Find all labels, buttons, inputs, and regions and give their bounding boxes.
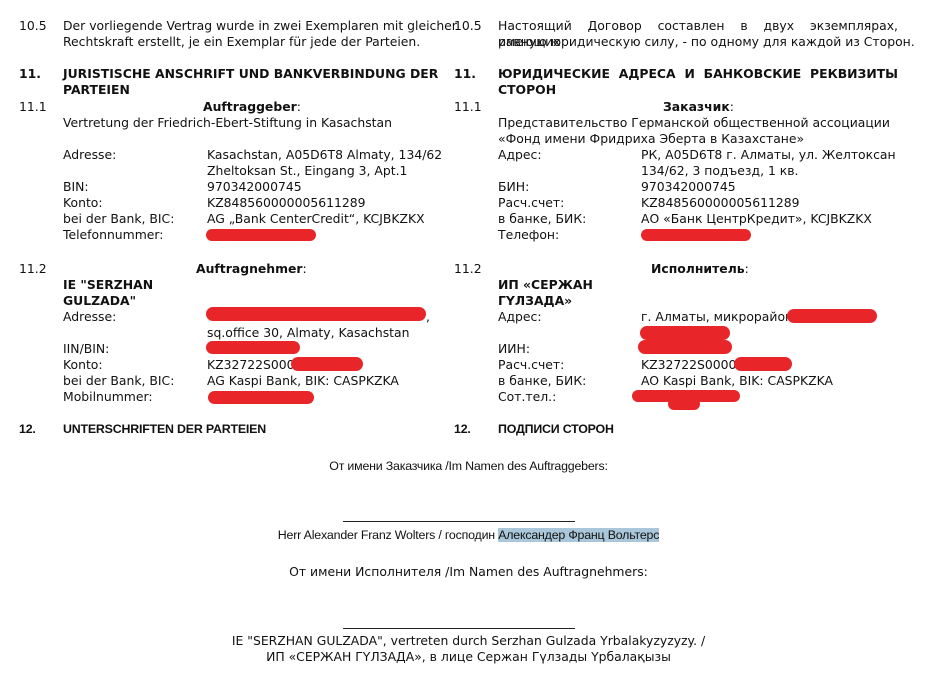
de-contractor-iin-redaction	[206, 341, 300, 354]
de-clause-10-5-line1: Der vorliegende Vertrag wurde in zwei Ex…	[63, 18, 457, 34]
client-signature-line	[343, 521, 575, 522]
ru-section-12-title: ПОДПИСИ СТОРОН	[498, 421, 614, 437]
de-client-phone-label: Telefonnummer:	[63, 227, 163, 243]
de-clause-10-5-number: 10.5	[19, 18, 47, 34]
ru-section-12-number: 12.	[454, 421, 471, 437]
de-client-account-label: Konto:	[63, 195, 103, 211]
de-client-role-heading: Auftraggeber:	[203, 99, 301, 115]
ru-client-account-label: Расч.счет:	[498, 195, 564, 211]
de-client-account-value: KZ848560000005611289	[207, 195, 366, 211]
text: От имени Заказчика /Im Namen des Auftrag…	[329, 459, 607, 473]
de-client-org: Vertretung der Friedrich-Ebert-Stiftung …	[63, 115, 392, 131]
de-client-address-label: Adresse:	[63, 147, 116, 163]
de-clause-11-1-number: 11.1	[19, 99, 47, 115]
ru-client-bin-label: БИН:	[498, 179, 529, 195]
de-client-address-line2: Zheltoksan St., Eingang 3, Apt.1	[207, 163, 407, 179]
ru-contractor-iin-label: ИИН:	[498, 341, 530, 357]
ru-client-org-line2: «Фонд имени Фридриха Эберта в Казахстане…	[498, 131, 804, 147]
ru-contractor-phone-redaction-drip	[668, 398, 700, 410]
ru-contractor-org-line1: ИП «СЕРЖАН	[498, 277, 593, 293]
ru-client-address-line1: РК, A05D6T8 г. Алматы, ул. Желтоксан	[641, 147, 896, 163]
de-contractor-org-line1: IE "SERZHAN	[63, 277, 153, 293]
ru-client-phone-redaction	[641, 229, 751, 241]
ru-client-org-line1: Представительство Германской общественно…	[498, 115, 890, 131]
ru-client-bank-label: в банке, БИК:	[498, 211, 586, 227]
colon: :	[303, 261, 307, 276]
selected-text-highlight[interactable]: Александер Франц Вольтерс	[498, 528, 659, 542]
de-contractor-address-label: Adresse:	[63, 309, 116, 325]
de-client-role: Auftraggeber	[203, 99, 297, 114]
colon: :	[745, 261, 749, 276]
text: IE "SERZHAN GULZADA", vertreten durch Se…	[232, 633, 705, 648]
ru-contractor-account-redaction	[734, 357, 792, 371]
de-contractor-bank-label: bei der Bank, BIC:	[63, 373, 174, 389]
colon: :	[730, 99, 734, 114]
de-section-11-number: 11.	[19, 66, 41, 82]
name-plain: Herr Alexander Franz Wolters / господин	[278, 528, 498, 542]
ru-contractor-bank-label: в банке, БИК:	[498, 373, 586, 389]
ru-client-address-line2: 134/62, 3 подъезд, 1 кв.	[641, 163, 799, 179]
de-section-12-title: UNTERSCHRIFTEN DER PARTEIEN	[63, 421, 266, 437]
ru-section-11-title-line2: СТОРОН	[498, 82, 556, 98]
de-contractor-org-line2: GULZADA"	[63, 293, 136, 309]
de-contractor-account-redaction	[291, 357, 363, 371]
de-client-bank-label: bei der Bank, BIC:	[63, 211, 174, 227]
de-contractor-phone-label: Mobilnummer:	[63, 389, 153, 405]
ru-clause-11-2-number: 11.2	[454, 261, 482, 277]
ru-contractor-bank-value: AO Kaspi Bank, BIK: CASPKZKA	[641, 373, 833, 389]
de-contractor-address-line2: sq.office 30, Almaty, Kasachstan	[207, 325, 409, 341]
contractor-signatory-line2: ИП «СЕРЖАН ГҮЛЗАДА», в лице Сержан Гүлза…	[0, 649, 937, 665]
de-clause-10-5-line2: Rechtskraft erstellt, je ein Exemplar fü…	[63, 34, 420, 50]
de-contractor-account-value: KZ32722S0000	[207, 357, 302, 373]
ru-client-address-label: Адрес:	[498, 147, 542, 163]
ru-client-phone-label: Телефон:	[498, 227, 559, 243]
ru-client-bank-value: АО «Банк ЦентрКредит», KCJBKZKX	[641, 211, 872, 227]
de-section-11-title-line2: PARTEIEN	[63, 82, 130, 98]
ru-contractor-iin-redaction	[638, 340, 732, 354]
de-section-11-title-line1: JURISTISCHE ANSCHRIFT UND BANKVERBINDUNG…	[63, 66, 438, 82]
ru-clause-11-1-number: 11.1	[454, 99, 482, 115]
de-client-bin-label: BIN:	[63, 179, 89, 195]
colon: :	[297, 99, 301, 114]
text: ИП «СЕРЖАН ГҮЛЗАДА», в лице Сержан Гүлза…	[266, 649, 671, 664]
ru-contractor-account-label: Расч.счет:	[498, 357, 564, 373]
ru-contractor-address-redaction-2	[640, 326, 730, 340]
de-contractor-iin-label: IIN/BIN:	[63, 341, 109, 357]
ru-section-11-number: 11.	[454, 66, 476, 82]
de-client-bin-value: 970342000745	[207, 179, 302, 195]
de-contractor-address-redaction	[206, 307, 426, 321]
text: От имени Исполнителя /Im Namen des Auftr…	[289, 564, 648, 579]
ru-client-role: Заказчик	[663, 99, 730, 114]
ru-contractor-address-redaction-1	[787, 309, 877, 323]
de-client-bank-value: AG „Bank CenterCredit“, KCJBKZKX	[207, 211, 425, 227]
de-client-address-line1: Kasachstan, A05D6T8 Almaty, 134/62	[207, 147, 442, 163]
de-contractor-bank-value: AG Kaspi Bank, BIK: CASPKZKA	[207, 373, 399, 389]
contractor-signature-caption: От имени Исполнителя /Im Namen des Auftr…	[0, 564, 937, 580]
client-signatory-name: Herr Alexander Franz Wolters / господин …	[0, 527, 937, 543]
de-contractor-role-heading: Auftragnehmer:	[196, 261, 307, 277]
ru-contractor-role: Исполнитель	[651, 261, 745, 276]
ru-client-role-heading: Заказчик:	[663, 99, 734, 115]
ru-contractor-account-value: KZ32722S00003	[641, 357, 744, 373]
ru-contractor-phone-label: Сот.тел.:	[498, 389, 556, 405]
ru-contractor-org-line2: ГҮЛЗАДА»	[498, 293, 572, 309]
de-contractor-account-label: Konto:	[63, 357, 103, 373]
ru-contractor-role-heading: Исполнитель:	[651, 261, 749, 277]
client-signature-caption: От имени Заказчика /Im Namen des Auftrag…	[0, 458, 937, 474]
de-clause-11-2-number: 11.2	[19, 261, 47, 277]
contractor-signatory-line1: IE "SERZHAN GULZADA", vertreten durch Se…	[0, 633, 937, 649]
de-contractor-role: Auftragnehmer	[196, 261, 303, 276]
contractor-signature-line	[343, 628, 575, 629]
de-contractor-phone-redaction	[208, 391, 314, 404]
de-section-12-number: 12.	[19, 421, 36, 437]
ru-clause-10-5-line2: равную юридическую силу, - по одному для…	[498, 34, 915, 50]
ru-section-11-title-line1: ЮРИДИЧЕСКИЕ АДРЕСА И БАНКОВСКИЕ РЕКВИЗИТ…	[498, 66, 898, 82]
ru-contractor-address-label: Адрес:	[498, 309, 542, 325]
ru-contractor-address-line1: г. Алматы, микрорайон	[641, 309, 793, 325]
ru-client-bin-value: 970342000745	[641, 179, 736, 195]
text: ЮРИДИЧЕСКИЕ АДРЕСА И БАНКОВСКИЕ РЕКВИЗИТ…	[498, 66, 898, 81]
ru-clause-10-5-number: 10.5	[454, 18, 482, 34]
de-contractor-address-tail: ,	[426, 309, 430, 325]
ru-client-account-value: KZ848560000005611289	[641, 195, 800, 211]
de-client-phone-redaction	[206, 229, 316, 241]
